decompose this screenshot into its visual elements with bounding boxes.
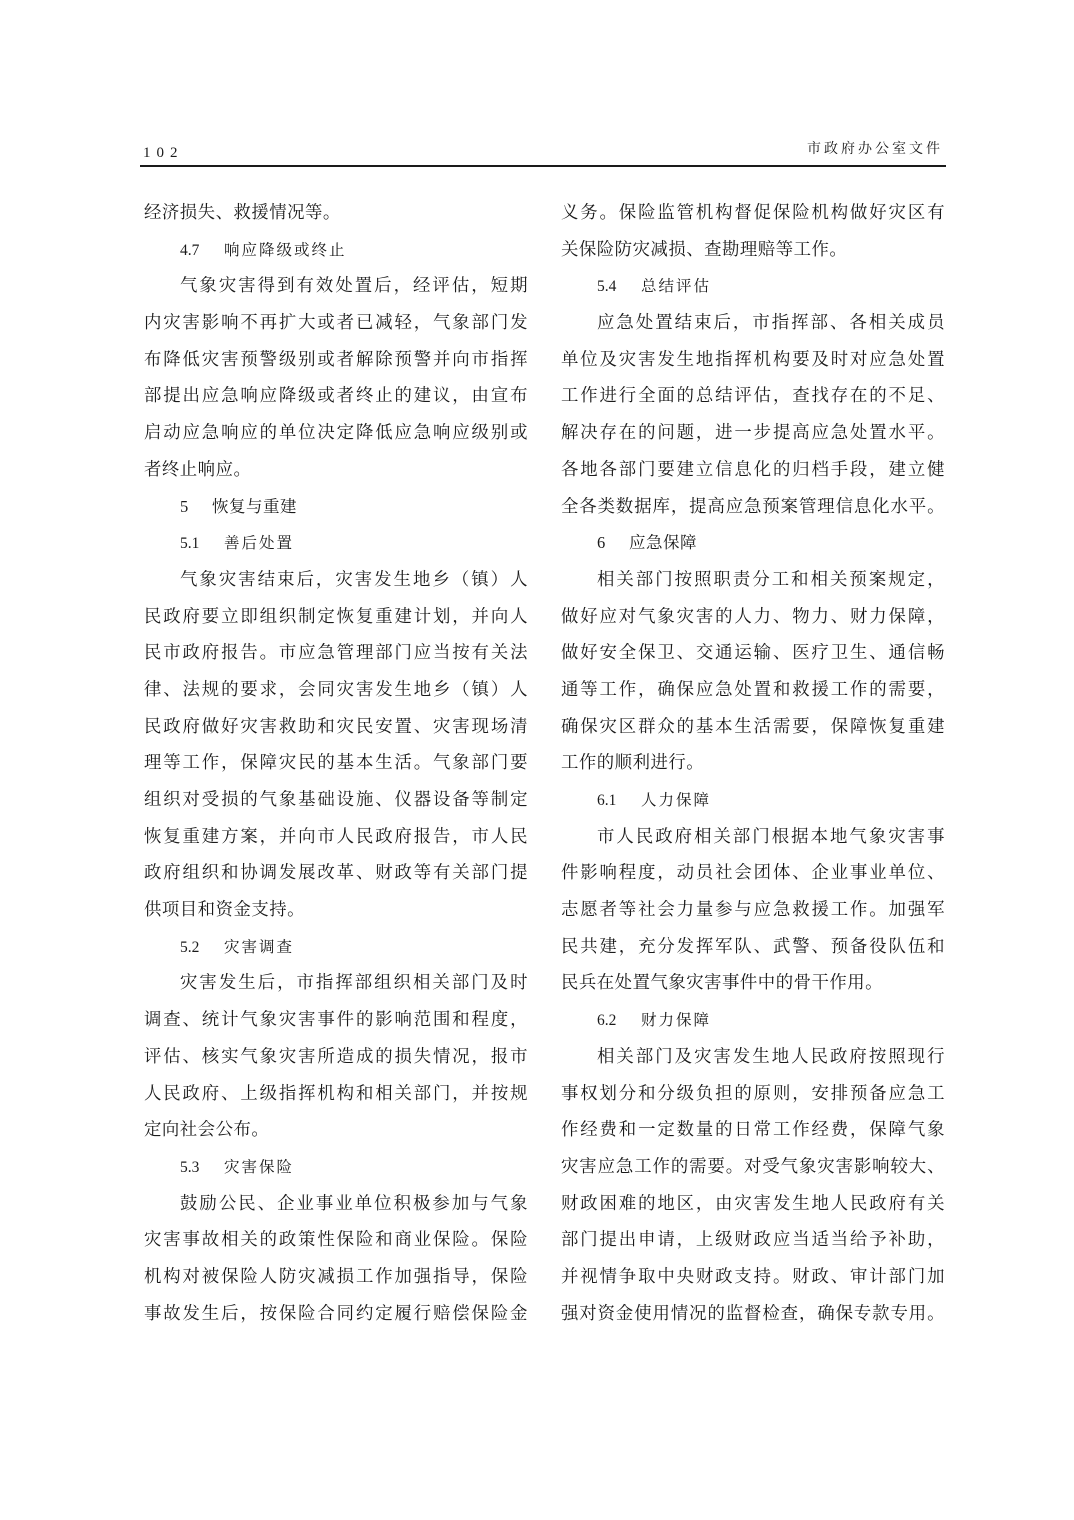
body-text-line: 启动应急响应的单位决定降低应急响应级别或	[144, 415, 528, 452]
body-text-line: 做好应对气象灾害的人力、物力、财力保障，	[561, 599, 945, 636]
page-number: 102	[143, 145, 184, 162]
body-text-line: 评估、核实气象灾害所造成的损失情况，报市	[144, 1039, 528, 1076]
body-text-line: 供项目和资金支持。	[144, 892, 528, 929]
section-number: 5.3	[180, 1150, 224, 1187]
body-text-line: 解决存在的问题，进一步提高应急处置水平。	[561, 415, 945, 452]
body-text-line: 工作进行全面的总结评估，查找存在的不足、	[561, 378, 945, 415]
body-text-line: 恢复重建方案，并向市人民政府报告，市人民	[144, 819, 528, 856]
body-text-line: 财政困难的地区，由灾害发生地人民政府有关	[561, 1186, 945, 1223]
body-text-line: 关保险防灾减损、查勘理赔等工作。	[561, 232, 945, 269]
body-text-line: 事权划分和分级负担的原则，安排预备应急工	[561, 1076, 945, 1113]
section-number: 6.2	[597, 1003, 641, 1040]
body-text-line: 民政府要立即组织制定恢复重建计划，并向人	[144, 599, 528, 636]
body-text-line: 单位及灾害发生地指挥机构要及时对应急处置	[561, 342, 945, 379]
body-text-line: 人民政府、上级指挥机构和相关部门，并按规	[144, 1076, 528, 1113]
body-text-line: 民政府做好灾害救助和灾民安置、灾害现场清	[144, 709, 528, 746]
section-title: 灾害保险	[224, 1158, 294, 1176]
section-title: 应急保障	[629, 533, 697, 552]
section-title: 财力保障	[641, 1011, 711, 1029]
body-text-line: 并视情争取中央财政支持。财政、审计部门加	[561, 1259, 945, 1296]
body-text-line: 件影响程度，动员社会团体、企业事业单位、	[561, 855, 945, 892]
right-text-column: 义务。保险监管机构督促保险机构做好灾区有关保险防灾减损、查勘理赔等工作。5.4总…	[561, 195, 945, 1332]
body-text-line: 律、法规的要求，会同灾害发生地乡（镇）人	[144, 672, 528, 709]
subsection-heading: 5.3灾害保险	[144, 1149, 528, 1186]
body-text-line: 民兵在处置气象灾害事件中的骨干作用。	[561, 965, 945, 1002]
body-text-line: 强对资金使用情况的监督检查，确保专款专用。	[561, 1296, 945, 1333]
section-title: 灾害调查	[224, 938, 294, 956]
body-text-line: 相关部门及灾害发生地人民政府按照现行	[561, 1039, 945, 1076]
body-text-line: 全各类数据库，提高应急预案管理信息化水平。	[561, 489, 945, 526]
left-text-column: 经济损失、救援情况等。4.7响应降级或终止气象灾害得到有效处置后，经评估，短期内…	[144, 195, 528, 1332]
body-text-line: 组织对受损的气象基础设施、仪器设备等制定	[144, 782, 528, 819]
body-text-line: 确保灾区群众的基本生活需要，保障恢复重建	[561, 709, 945, 746]
subsection-heading: 6.2财力保障	[561, 1002, 945, 1039]
subsection-heading: 4.7响应降级或终止	[144, 232, 528, 269]
section-title: 恢复与重建	[212, 497, 297, 516]
section-heading: 6应急保障	[561, 525, 945, 562]
body-text-line: 机构对被保险人防灾减损工作加强指导，保险	[144, 1259, 528, 1296]
page-header: 102 市政府办公室文件	[143, 136, 943, 166]
body-text-line: 民共建，充分发挥军队、武警、预备役队伍和	[561, 929, 945, 966]
section-number: 5.1	[180, 526, 224, 563]
subsection-heading: 6.1人力保障	[561, 782, 945, 819]
body-text-line: 经济损失、救援情况等。	[144, 195, 528, 232]
body-text-line: 做好安全保卫、交通运输、医疗卫生、通信畅	[561, 635, 945, 672]
body-text-line: 布降低灾害预警级别或者解除预警并向市指挥	[144, 342, 528, 379]
section-title: 善后处置	[224, 534, 294, 552]
section-heading: 5恢复与重建	[144, 489, 528, 526]
section-number: 6	[597, 525, 629, 562]
section-title: 总结评估	[641, 277, 711, 295]
body-text-line: 民市政府报告。市应急管理部门应当按有关法	[144, 635, 528, 672]
section-number: 4.7	[180, 233, 224, 270]
body-text-line: 灾害发生后，市指挥部组织相关部门及时	[144, 965, 528, 1002]
document-source-label: 市政府办公室文件	[807, 138, 943, 158]
body-text-line: 理等工作，保障灾民的基本生活。气象部门要	[144, 745, 528, 782]
body-text-line: 灾害事故相关的政策性保险和商业保险。保险	[144, 1222, 528, 1259]
body-text-line: 事故发生后，按保险合同约定履行赔偿保险金	[144, 1296, 528, 1333]
body-text-line: 市人民政府相关部门根据本地气象灾害事	[561, 819, 945, 856]
section-title: 响应降级或终止	[224, 241, 347, 259]
section-title: 人力保障	[641, 791, 711, 809]
body-text-line: 定向社会公布。	[144, 1112, 528, 1149]
section-number: 5	[180, 489, 212, 526]
body-text-line: 鼓励公民、企业事业单位积极参加与气象	[144, 1186, 528, 1223]
header-divider	[140, 165, 946, 167]
body-text-line: 调查、统计气象灾害事件的影响范围和程度，	[144, 1002, 528, 1039]
section-number: 5.2	[180, 930, 224, 967]
subsection-heading: 5.1善后处置	[144, 525, 528, 562]
body-text-line: 义务。保险监管机构督促保险机构做好灾区有	[561, 195, 945, 232]
body-text-line: 内灾害影响不再扩大或者已减轻，气象部门发	[144, 305, 528, 342]
body-text-line: 工作的顺利进行。	[561, 745, 945, 782]
body-text-line: 灾害应急工作的需要。对受气象灾害影响较大、	[561, 1149, 945, 1186]
body-text-line: 气象灾害得到有效处置后，经评估，短期	[144, 268, 528, 305]
subsection-heading: 5.2灾害调查	[144, 929, 528, 966]
body-text-line: 部提出应急响应降级或者终止的建议，由宣布	[144, 378, 528, 415]
body-text-line: 政府组织和协调发展改革、财政等有关部门提	[144, 855, 528, 892]
body-text-line: 相关部门按照职责分工和相关预案规定，	[561, 562, 945, 599]
body-text-line: 气象灾害结束后，灾害发生地乡（镇）人	[144, 562, 528, 599]
section-number: 5.4	[597, 269, 641, 306]
body-text-line: 各地各部门要建立信息化的归档手段，建立健	[561, 452, 945, 489]
body-text-line: 者终止响应。	[144, 452, 528, 489]
subsection-heading: 5.4总结评估	[561, 268, 945, 305]
section-number: 6.1	[597, 783, 641, 820]
body-text-line: 通等工作，确保应急处置和救援工作的需要，	[561, 672, 945, 709]
body-text-line: 作经费和一定数量的日常工作经费，保障气象	[561, 1112, 945, 1149]
body-text-line: 部门提出申请，上级财政应当适当给予补助，	[561, 1222, 945, 1259]
body-text-line: 应急处置结束后，市指挥部、各相关成员	[561, 305, 945, 342]
body-text-line: 志愿者等社会力量参与应急救援工作。加强军	[561, 892, 945, 929]
